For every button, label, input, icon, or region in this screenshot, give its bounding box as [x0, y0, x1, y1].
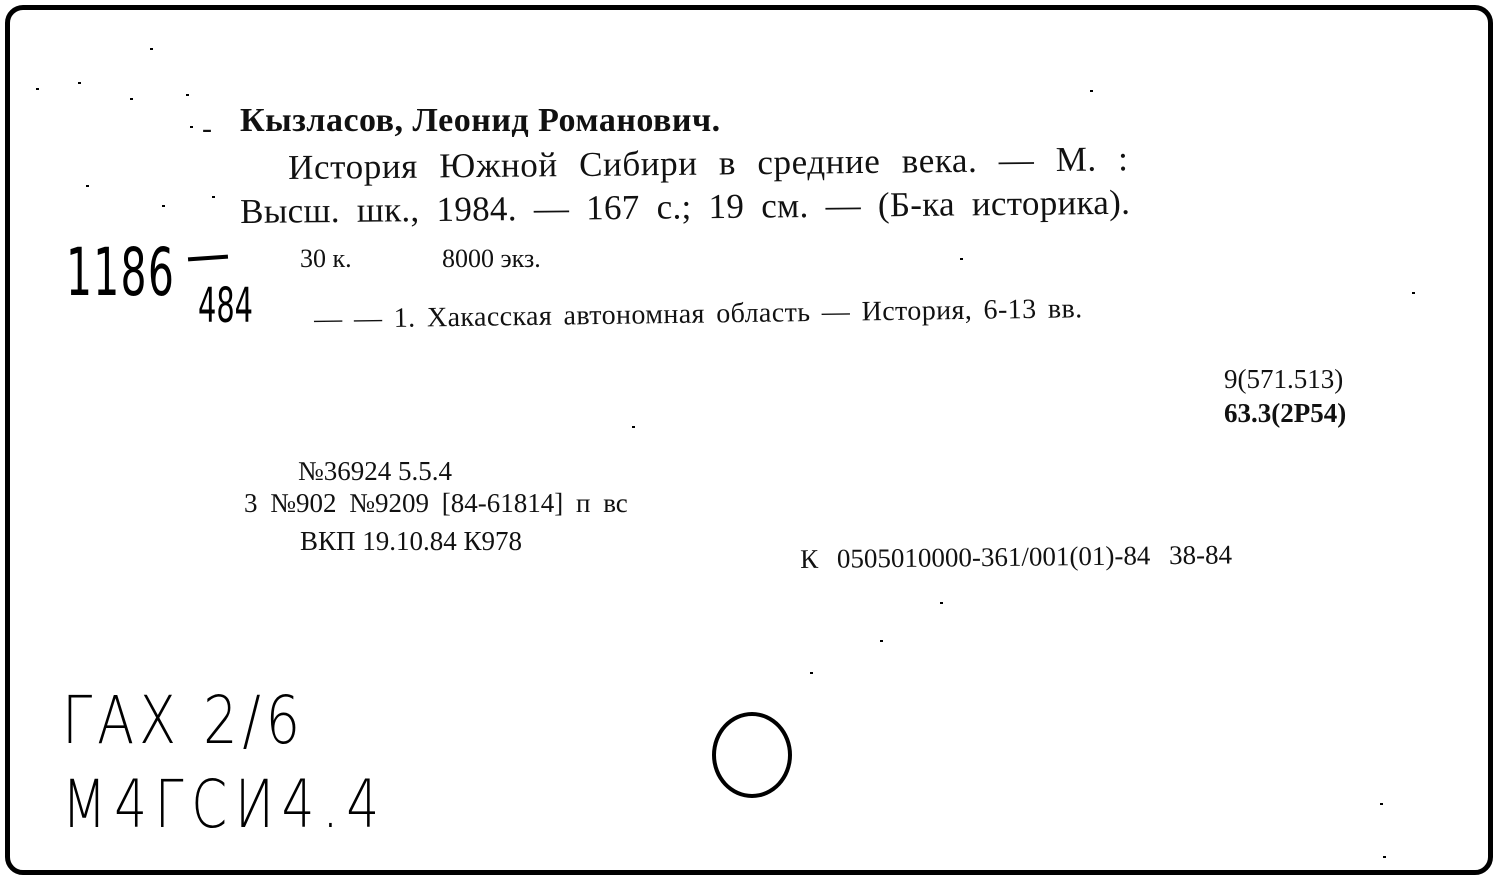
speck [1383, 856, 1386, 858]
price: 30 к. [300, 246, 352, 272]
speck [186, 94, 189, 96]
registry-line-3: ВКП 19.10.84 К978 [300, 528, 522, 555]
speck [960, 258, 963, 260]
speck [150, 48, 153, 50]
speck [190, 126, 193, 128]
print-run: 8000 экз. [442, 246, 541, 272]
speck [1090, 90, 1093, 92]
speck [212, 196, 215, 198]
registry-line-1: №36924 5.5.4 [298, 458, 452, 485]
publication-line: Высш. шк., 1984. — 167 с.; 19 см. — (Б-к… [240, 185, 1130, 229]
handwritten-inventory-sub: 484 [198, 282, 253, 330]
speck [1380, 803, 1383, 805]
punch-hole-circle [712, 712, 792, 798]
speck [880, 640, 883, 642]
author-prefix: - [202, 114, 212, 144]
speck [632, 426, 635, 428]
registry-line-2: 3 №902 №9209 [84-61814] п вс [244, 490, 628, 517]
classification-udc: 9(571.513) [1224, 366, 1343, 393]
speck [86, 185, 89, 187]
speck [810, 672, 813, 674]
handwritten-shelf-mark-2: М4ГСИ4.4 [62, 772, 387, 838]
speck [36, 88, 39, 90]
title-line: История Южной Сибири в средние века. — М… [288, 141, 1129, 185]
speck [1412, 292, 1415, 294]
classification-bbk: 63.3(2Р54) [1224, 400, 1346, 427]
code-line: К 0505010000-361/001(01)-84 38-84 [800, 541, 1232, 573]
handwritten-inventory-main: 1186 [66, 240, 175, 306]
speck [162, 205, 165, 207]
author-heading: Кызласов, Леонид Романович. [240, 104, 721, 138]
speck [130, 98, 133, 100]
handwritten-shelf-mark-1: ГАХ 2/6 [62, 688, 305, 754]
speck [940, 602, 943, 604]
speck [78, 82, 81, 84]
